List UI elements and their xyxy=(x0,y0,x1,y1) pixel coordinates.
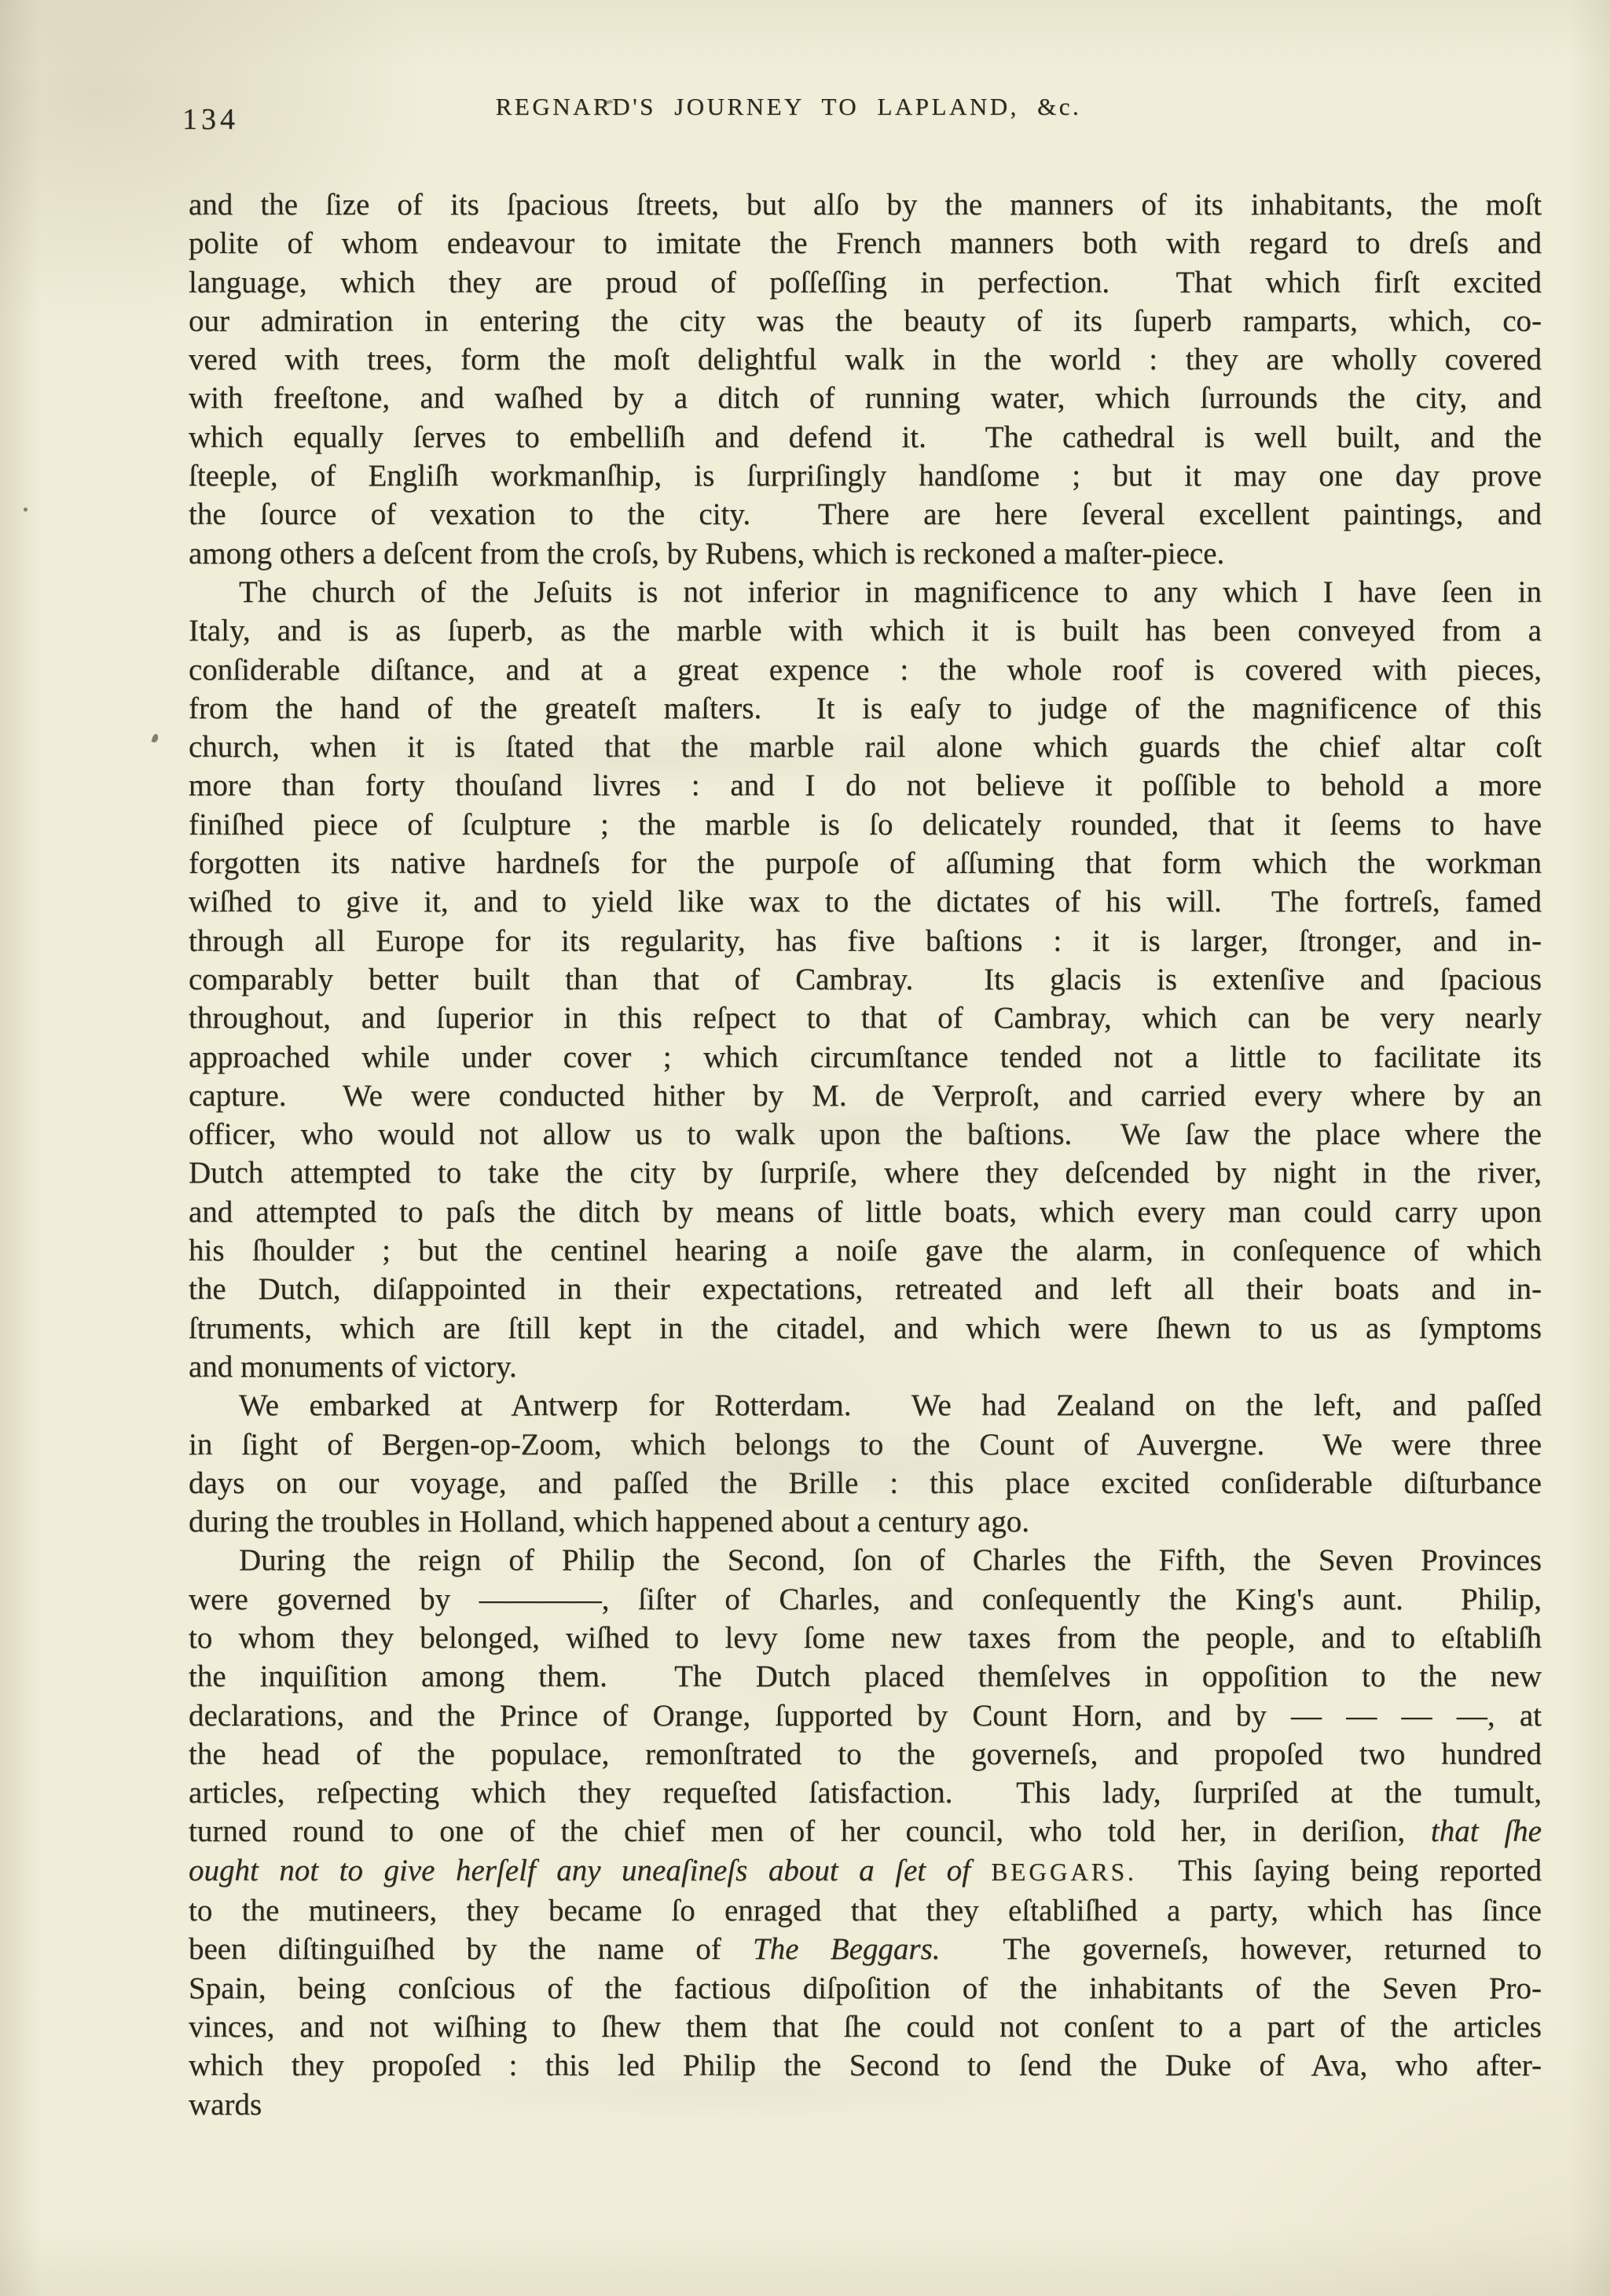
text-line: approached while under cover ; which cir… xyxy=(189,1038,1542,1076)
italic-text: The Beggars. xyxy=(753,1932,940,1966)
body-text: and monuments of victory. xyxy=(189,1350,517,1384)
text-line: been diſtinguiſhed by the name of The Be… xyxy=(189,1930,1542,1968)
body-text: during the troubles in Holland, which ha… xyxy=(189,1505,1029,1539)
smallcaps-text: BEGGARS. xyxy=(991,1858,1136,1886)
body-text: with freeſtone, and waſhed by a ditch of… xyxy=(189,381,1542,415)
paragraph: and the ſize of its ſpacious ſtreets, bu… xyxy=(189,185,1542,573)
body-text: more than forty thouſand livres : and I … xyxy=(189,768,1542,802)
text-line: through all Europe for its regularity, h… xyxy=(189,922,1542,960)
text-line: conſiderable diſtance, and at a great ex… xyxy=(189,651,1542,689)
text-line: the head of the populace, remonſtrated t… xyxy=(189,1735,1542,1773)
text-line: in ſight of Bergen-op-Zoom, which belong… xyxy=(189,1425,1542,1464)
text-line: with freeſtone, and waſhed by a ditch of… xyxy=(189,379,1542,417)
body-text: forgotten its native hardneſs for the pu… xyxy=(189,846,1542,880)
text-line: which equally ſerves to embelliſh and de… xyxy=(189,418,1542,457)
text-line: wiſhed to give it, and to yield like wax… xyxy=(189,882,1542,921)
body-text: the Dutch, diſappointed in their expecta… xyxy=(189,1272,1542,1306)
text-line: ought not to give herſelf any uneaſineſs… xyxy=(189,1851,1542,1891)
text-line: days on our voyage, and paſſed the Brill… xyxy=(189,1464,1542,1502)
body-text: throughout, and ſuperior in this reſpect… xyxy=(189,1001,1542,1035)
body-text: officer, who would not allow us to walk … xyxy=(189,1117,1542,1151)
paragraph: During the reign of Philip the Second, ſ… xyxy=(189,1541,1542,2085)
text-line: and the ſize of its ſpacious ſtreets, bu… xyxy=(189,185,1542,224)
body-text: were governed by ————, ſiſter of Charles… xyxy=(189,1583,1542,1616)
body-text: We embarked at Antwerp for Rotterdam. We… xyxy=(239,1388,1542,1422)
body-text: articles, reſpecting which they requeſte… xyxy=(189,1776,1542,1810)
catchword: wards xyxy=(189,2085,1542,2124)
body-text: vered with trees, form the moſt delightf… xyxy=(189,343,1542,376)
text-line: turned round to one of the chief men of … xyxy=(189,1812,1542,1850)
body-text: conſiderable diſtance, and at a great ex… xyxy=(189,653,1542,687)
body-text: church, when it is ſtated that the marbl… xyxy=(189,730,1542,764)
body-text: to whom they belonged, wiſhed to levy ſo… xyxy=(189,1621,1542,1655)
book-page: 134 REGNARD'S JOURNEY TO LAPLAND, &c. an… xyxy=(0,0,1610,2296)
italic-text: ought not to give herſelf any uneaſineſs… xyxy=(189,1854,991,1887)
body-text: been diſtinguiſhed by the name of xyxy=(189,1932,753,1966)
body-text: During the reign of Philip the Second, ſ… xyxy=(239,1543,1542,1577)
text-line: During the reign of Philip the Second, ſ… xyxy=(189,1541,1542,1579)
text-line: our admiration in entering the city was … xyxy=(189,302,1542,340)
text-line: Dutch attempted to take the city by ſurp… xyxy=(189,1154,1542,1192)
text-line: We embarked at Antwerp for Rotterdam. We… xyxy=(189,1386,1542,1425)
text-line: articles, reſpecting which they requeſte… xyxy=(189,1773,1542,1812)
text-line: church, when it is ſtated that the marbl… xyxy=(189,728,1542,766)
body-text: wiſhed to give it, and to yield like wax… xyxy=(189,885,1542,919)
body-text: language, which they are proud of poſſeſ… xyxy=(189,266,1542,299)
text-line: to whom they belonged, wiſhed to levy ſo… xyxy=(189,1619,1542,1657)
italic-text: that ſhe xyxy=(1431,1814,1542,1848)
body-text: our admiration in entering the city was … xyxy=(189,304,1542,338)
text-line: were governed by ————, ſiſter of Charles… xyxy=(189,1580,1542,1619)
text-line: comparably better built than that of Cam… xyxy=(189,960,1542,999)
body-text: the inquiſition among them. The Dutch pl… xyxy=(189,1660,1542,1693)
text-line: the ſource of vexation to the city. Ther… xyxy=(189,495,1542,534)
text-line: ſteeple, of Engliſh workmanſhip, is ſurp… xyxy=(189,457,1542,495)
ink-speck xyxy=(151,733,159,743)
text-line: Italy, and is as ſuperb, as the marble w… xyxy=(189,611,1542,650)
body-text: capture. We were conducted hither by M. … xyxy=(189,1079,1542,1113)
text-line: the inquiſition among them. The Dutch pl… xyxy=(189,1657,1542,1696)
text-line: during the troubles in Holland, which ha… xyxy=(189,1502,1542,1541)
body-text: through all Europe for its regularity, h… xyxy=(189,924,1542,958)
body-text: The church of the Jeſuits is not inferio… xyxy=(239,575,1542,609)
body-text: from the hand of the greateſt maſters. I… xyxy=(189,691,1542,725)
body-text: his ſhoulder ; but the centinel hearing … xyxy=(189,1234,1542,1267)
ink-speck xyxy=(24,508,28,512)
text-line: and monuments of victory. xyxy=(189,1348,1542,1386)
body-text: the ſource of vexation to the city. Ther… xyxy=(189,497,1542,531)
body-text: ſteeple, of Engliſh workmanſhip, is ſurp… xyxy=(189,459,1542,493)
text-line: Spain, being conſcious of the factious d… xyxy=(189,1969,1542,2008)
body-text: finiſhed piece of ſculpture ; the marble… xyxy=(189,808,1542,842)
text-line: his ſhoulder ; but the centinel hearing … xyxy=(189,1231,1542,1270)
body-text: in ſight of Bergen-op-Zoom, which belong… xyxy=(189,1428,1542,1462)
text-line: ſtruments, which are ſtill kept in the c… xyxy=(189,1309,1542,1348)
text-line: throughout, and ſuperior in this reſpect… xyxy=(189,999,1542,1037)
body-text: polite of whom endeavour to imitate the … xyxy=(189,226,1542,260)
body-text: days on our voyage, and paſſed the Brill… xyxy=(189,1466,1542,1500)
body-text: turned round to one of the chief men of … xyxy=(189,1814,1431,1848)
text-line: and attempted to paſs the ditch by means… xyxy=(189,1193,1542,1231)
body-text: Dutch attempted to take the city by ſurp… xyxy=(189,1156,1542,1190)
body-text: This ſaying being reported xyxy=(1137,1854,1542,1887)
text-line: capture. We were conducted hither by M. … xyxy=(189,1076,1542,1115)
text-line: language, which they are proud of poſſeſ… xyxy=(189,263,1542,302)
text-line: more than forty thouſand livres : and I … xyxy=(189,766,1542,805)
body-text: vinces, and not wiſhing to ſhew them tha… xyxy=(189,2010,1542,2044)
text-line: the Dutch, diſappointed in their expecta… xyxy=(189,1270,1542,1308)
text-line: officer, who would not allow us to walk … xyxy=(189,1115,1542,1154)
text-line: which they propoſed : this led Philip th… xyxy=(189,2046,1542,2085)
body-text: which equally ſerves to embelliſh and de… xyxy=(189,420,1542,454)
body-text: the head of the populace, remonſtrated t… xyxy=(189,1737,1542,1771)
text-line: vered with trees, form the moſt delightf… xyxy=(189,340,1542,379)
text-line: declarations, and the Prince of Orange, … xyxy=(189,1696,1542,1735)
body-text: ſtruments, which are ſtill kept in the c… xyxy=(189,1311,1542,1345)
text-line: The church of the Jeſuits is not inferio… xyxy=(189,573,1542,611)
text-block: and the ſize of its ſpacious ſtreets, bu… xyxy=(189,185,1542,2124)
text-line: polite of whom endeavour to imitate the … xyxy=(189,224,1542,262)
body-text: Italy, and is as ſuperb, as the marble w… xyxy=(189,614,1542,647)
body-text: which they propoſed : this led Philip th… xyxy=(189,2048,1542,2082)
body-text: approached while under cover ; which cir… xyxy=(189,1040,1542,1074)
body-text: comparably better built than that of Cam… xyxy=(189,963,1542,996)
body-text: The governeſs, however, returned to xyxy=(941,1932,1542,1966)
body-text: among others a deſcent from the croſs, b… xyxy=(189,537,1224,570)
page-header: 134 REGNARD'S JOURNEY TO LAPLAND, &c. xyxy=(0,88,1610,143)
running-title: REGNARD'S JOURNEY TO LAPLAND, &c. xyxy=(0,93,1577,121)
body-text: Spain, being conſcious of the factious d… xyxy=(189,1971,1542,2005)
body-text: to the mutineers, they became ſo enraged… xyxy=(189,1894,1542,1927)
text-line: from the hand of the greateſt maſters. I… xyxy=(189,689,1542,728)
paragraph: The church of the Jeſuits is not inferio… xyxy=(189,573,1542,1386)
paragraph: We embarked at Antwerp for Rotterdam. We… xyxy=(189,1386,1542,1541)
text-line: finiſhed piece of ſculpture ; the marble… xyxy=(189,805,1542,844)
body-text: and attempted to paſs the ditch by means… xyxy=(189,1195,1542,1229)
text-line: to the mutineers, they became ſo enraged… xyxy=(189,1891,1542,1930)
text-line: among others a deſcent from the croſs, b… xyxy=(189,534,1542,573)
body-text: declarations, and the Prince of Orange, … xyxy=(189,1699,1542,1733)
text-line: forgotten its native hardneſs for the pu… xyxy=(189,844,1542,882)
body-text: and the ſize of its ſpacious ſtreets, bu… xyxy=(189,188,1542,222)
text-line: vinces, and not wiſhing to ſhew them tha… xyxy=(189,2008,1542,2046)
